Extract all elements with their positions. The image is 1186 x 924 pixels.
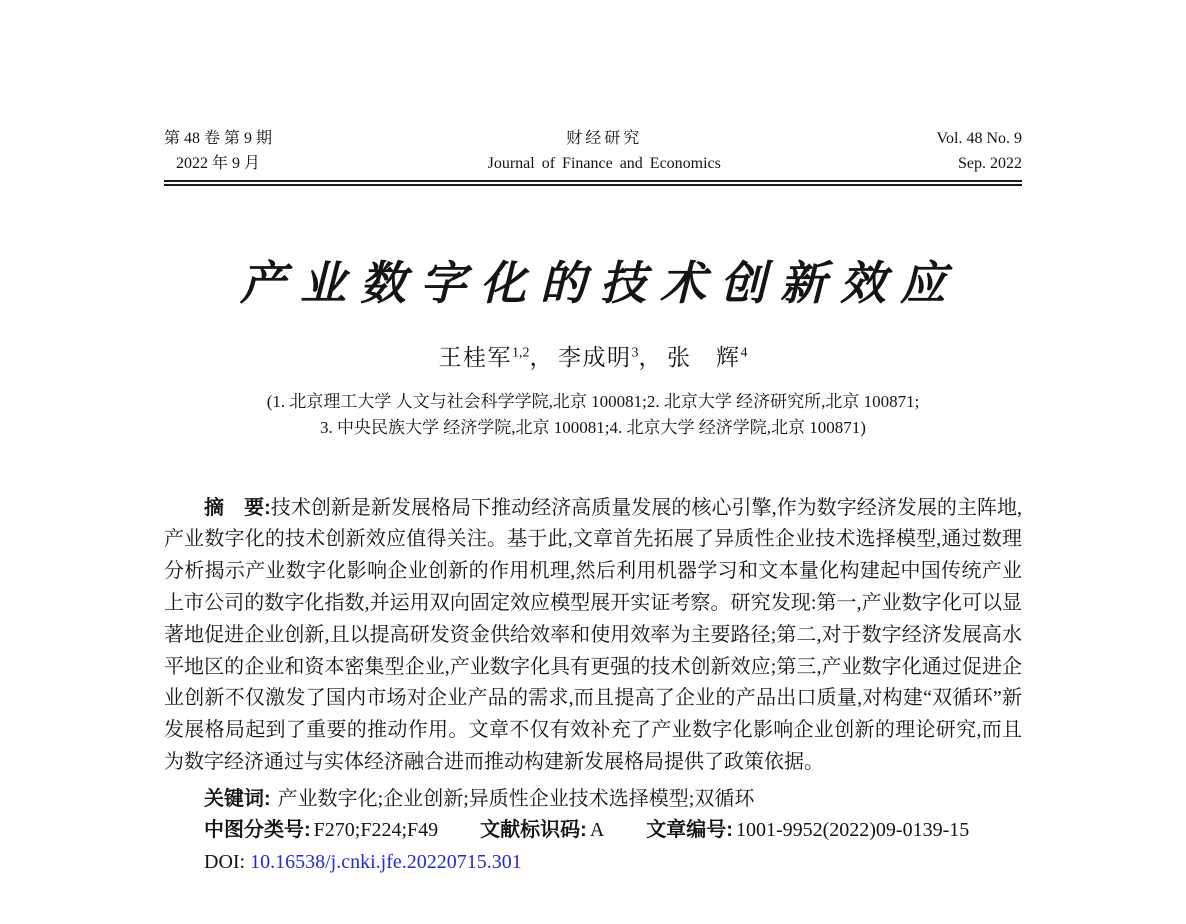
content-area: 第 48 卷 第 9 期 2022 年 9 月 财经研究 Journal of …	[164, 0, 1022, 877]
doi-label: DOI:	[204, 851, 245, 873]
issue-info-cn: 第 48 卷 第 9 期 2022 年 9 月	[164, 126, 272, 176]
author-1-name: 王桂军	[439, 345, 513, 370]
article-id-value: 1001-9952(2022)09-0139-15	[736, 819, 969, 841]
author-3: 张 辉4	[667, 345, 748, 370]
doi-line: DOI: 10.16538/j.cnki.jfe.20220715.301	[164, 847, 1022, 877]
issue-date-en: Sep. 2022	[937, 151, 1023, 176]
journal-name-cn: 财经研究	[272, 126, 936, 151]
author-3-name: 张 辉	[667, 345, 741, 370]
authors-line: 王桂军1,2，李成明3，张 辉4	[164, 334, 1022, 377]
volume-issue-en: Vol. 48 No. 9	[937, 126, 1023, 151]
doc-code-value: A	[590, 819, 604, 841]
affiliation-line-2: 3. 中央民族大学 经济学院,北京 100081;4. 北京大学 经济学院,北京…	[164, 415, 1022, 441]
header-divider-rule	[164, 180, 1022, 186]
classification-line: 中图分类号:F270;F224;F49文献标识码:A文章编号:1001-9952…	[164, 815, 1022, 845]
abstract-paragraph: 摘 要:技术创新是新发展格局下推动经济高质量发展的核心引擎,作为数字经济发展的主…	[164, 493, 1022, 779]
issue-date-cn: 2022 年 9 月	[164, 151, 272, 176]
journal-header: 第 48 卷 第 9 期 2022 年 9 月 财经研究 Journal of …	[164, 126, 1022, 176]
keywords-text: 产业数字化;企业创新;异质性企业技术选择模型;双循环	[278, 788, 755, 810]
author-separator: ，	[639, 345, 664, 370]
author-2-affil-sup: 3	[632, 345, 639, 360]
article-title: 产业数字化的技术创新效应	[164, 252, 1022, 316]
volume-issue-cn: 第 48 卷 第 9 期	[164, 126, 272, 151]
abstract-text: 技术创新是新发展格局下推动经济高质量发展的核心引擎,作为数字经济发展的主阵地,产…	[164, 497, 1022, 773]
doc-code-label: 文献标识码:	[480, 819, 587, 841]
issue-info-en: Vol. 48 No. 9 Sep. 2022	[937, 126, 1023, 176]
keywords-label: 关键词:	[204, 788, 271, 810]
affiliations-block: (1. 北京理工大学 人文与社会科学学院,北京 100081;2. 北京大学 经…	[164, 389, 1022, 441]
author-2-name: 李成明	[558, 345, 632, 370]
clc-label: 中图分类号:	[204, 819, 311, 841]
author-1-affil-sup: 1,2	[512, 345, 530, 360]
author-3-affil-sup: 4	[741, 345, 748, 360]
article-id-label: 文章编号:	[646, 819, 733, 841]
journal-name-block: 财经研究 Journal of Finance and Economics	[272, 126, 936, 176]
abstract-label: 摘 要:	[204, 497, 271, 519]
clc-value: F270;F224;F49	[314, 819, 438, 841]
author-1: 王桂军1,2，	[439, 345, 559, 370]
journal-name-en: Journal of Finance and Economics	[272, 151, 936, 176]
page: 第 48 卷 第 9 期 2022 年 9 月 财经研究 Journal of …	[0, 0, 1186, 924]
author-separator: ，	[530, 345, 555, 370]
keywords-line: 关键词:产业数字化;企业创新;异质性企业技术选择模型;双循环	[164, 784, 1022, 814]
author-2: 李成明3，	[558, 345, 667, 370]
affiliation-line-1: (1. 北京理工大学 人文与社会科学学院,北京 100081;2. 北京大学 经…	[164, 389, 1022, 415]
doi-link[interactable]: 10.16538/j.cnki.jfe.20220715.301	[250, 851, 522, 873]
